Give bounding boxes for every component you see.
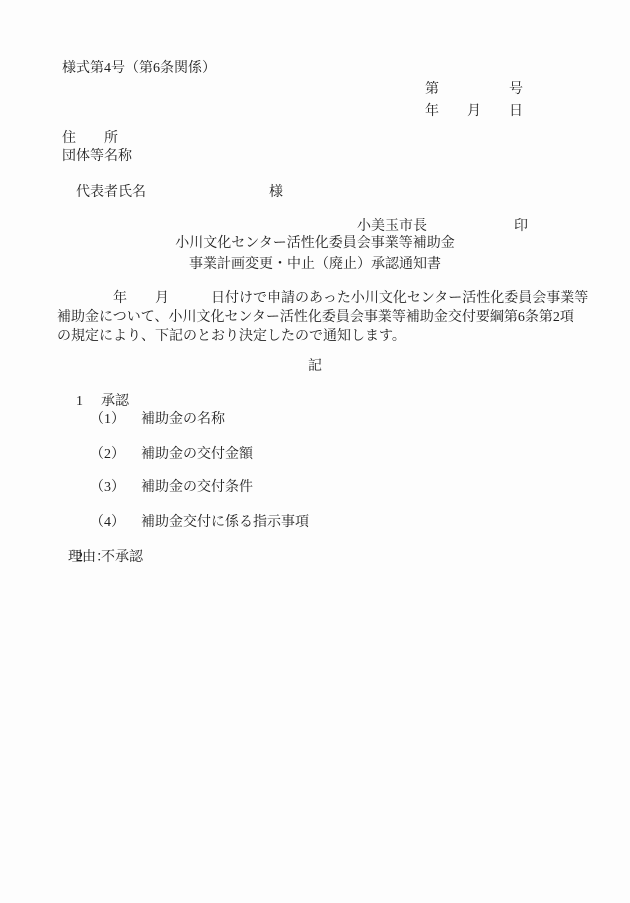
body-line-2: 補助金について、小川文化センター活性化委員会事業等補助金交付要綱第6条第2項 [57, 308, 573, 327]
honorific-sama: 様 [269, 185, 283, 200]
item-3-number: （3） [90, 480, 125, 495]
representative-line: 代表者氏名様 [62, 166, 283, 220]
form-number: 様式第4号（第6条関係） [62, 60, 216, 78]
address-label: 住 所 [62, 130, 118, 148]
document-page: 様式第4号（第6条関係） 第 号 年 月 日 住 所 団体等名称 代表者氏名様 … [0, 0, 630, 903]
body-paragraph: 年 月 日付けで申請のあった小川文化センター活性化委員会事業等 補助金について、… [57, 289, 573, 346]
record-separator: 記 [0, 358, 630, 376]
item-3-label: 補助金の交付条件 [141, 480, 253, 495]
document-title-line1: 小川文化センター活性化委員会事業等補助金 [0, 235, 630, 253]
item-1-number: （1） [90, 412, 125, 427]
item-4-number: （4） [90, 515, 125, 530]
document-title-line2: 事業計画変更・中止（廃止）承認通知書 [0, 256, 630, 274]
seal-mark: 印 [514, 219, 528, 234]
document-number-blank-line: 第 号 [425, 81, 523, 99]
organization-name-label: 団体等名称 [62, 148, 132, 166]
body-line-1: 年 月 日付けで申請のあった小川文化センター活性化委員会事業等 [57, 289, 573, 308]
item-4-label: 補助金交付に係る指示事項 [141, 515, 309, 530]
body-line-3: の規定により、下記のとおり決定したので通知します。 [57, 327, 573, 346]
item-1-label: 補助金の名称 [141, 412, 225, 427]
representative-label: 代表者氏名 [76, 185, 146, 200]
item-2-label: 補助金の交付金額 [141, 447, 253, 462]
reason-label: 理由： [68, 549, 110, 567]
mayor-name: 小美玉市長 [357, 219, 427, 234]
item-2-number: （2） [90, 447, 125, 462]
date-blank-line: 年 月 日 [425, 103, 523, 121]
